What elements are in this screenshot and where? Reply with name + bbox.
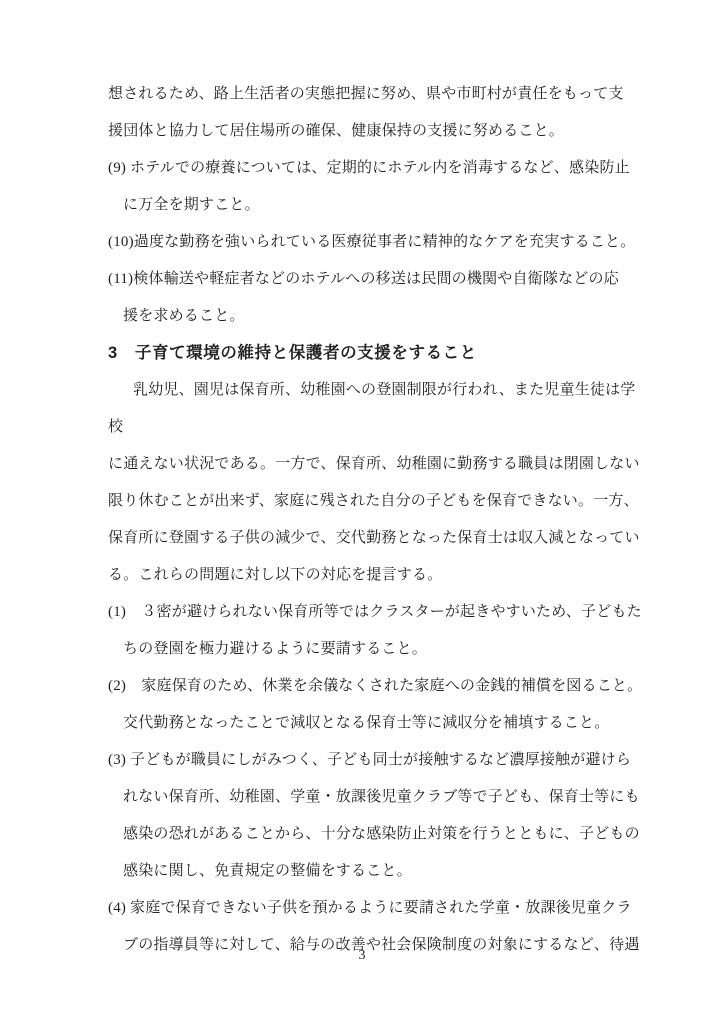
section-3-list-item-2: (2) 家庭保育のため、休業を余儀なくされた家庭への金銭的補償を図ること。 交代…: [108, 668, 646, 742]
document-body: 想されるため、路上生活者の実態把握に努め、県や市町村が責任をもって支 援団体と協…: [108, 76, 646, 964]
section-3-heading: 3 子育て環境の維持と保護者の支援をすること: [108, 335, 646, 372]
page-number: 3: [0, 946, 724, 966]
document-page: 想されるため、路上生活者の実態把握に努め、県や市町村が責任をもって支 援団体と協…: [0, 0, 724, 1024]
paragraph-carryover-item8: 想されるため、路上生活者の実態把握に努め、県や市町村が責任をもって支 援団体と協…: [108, 76, 646, 150]
section-3-list-item-1: (1) ３密が避けられない保育所等ではクラスターが起きやすいため、子どもた ちの…: [108, 594, 646, 668]
section-3-intro-paragraph: 乳幼児、園児は保育所、幼稚園への登園制限が行われ、また児童生徒は学校 に通えない…: [108, 372, 646, 594]
list-item-10: (10)過度な勤務を強いられている医療従事者に精神的なケアを充実すること。: [108, 224, 646, 261]
list-item-11: (11)検体輸送や軽症者などのホテルへの移送は民間の機関や自衛隊などの応 援を求…: [108, 261, 646, 335]
list-item-9: (9) ホテルでの療養については、定期的にホテル内を消毒するなど、感染防止 に万…: [108, 150, 646, 224]
section-3-list-item-3: (3) 子どもが職員にしがみつく、子ども同士が接触するなど濃厚接触が避けら れな…: [108, 742, 646, 890]
